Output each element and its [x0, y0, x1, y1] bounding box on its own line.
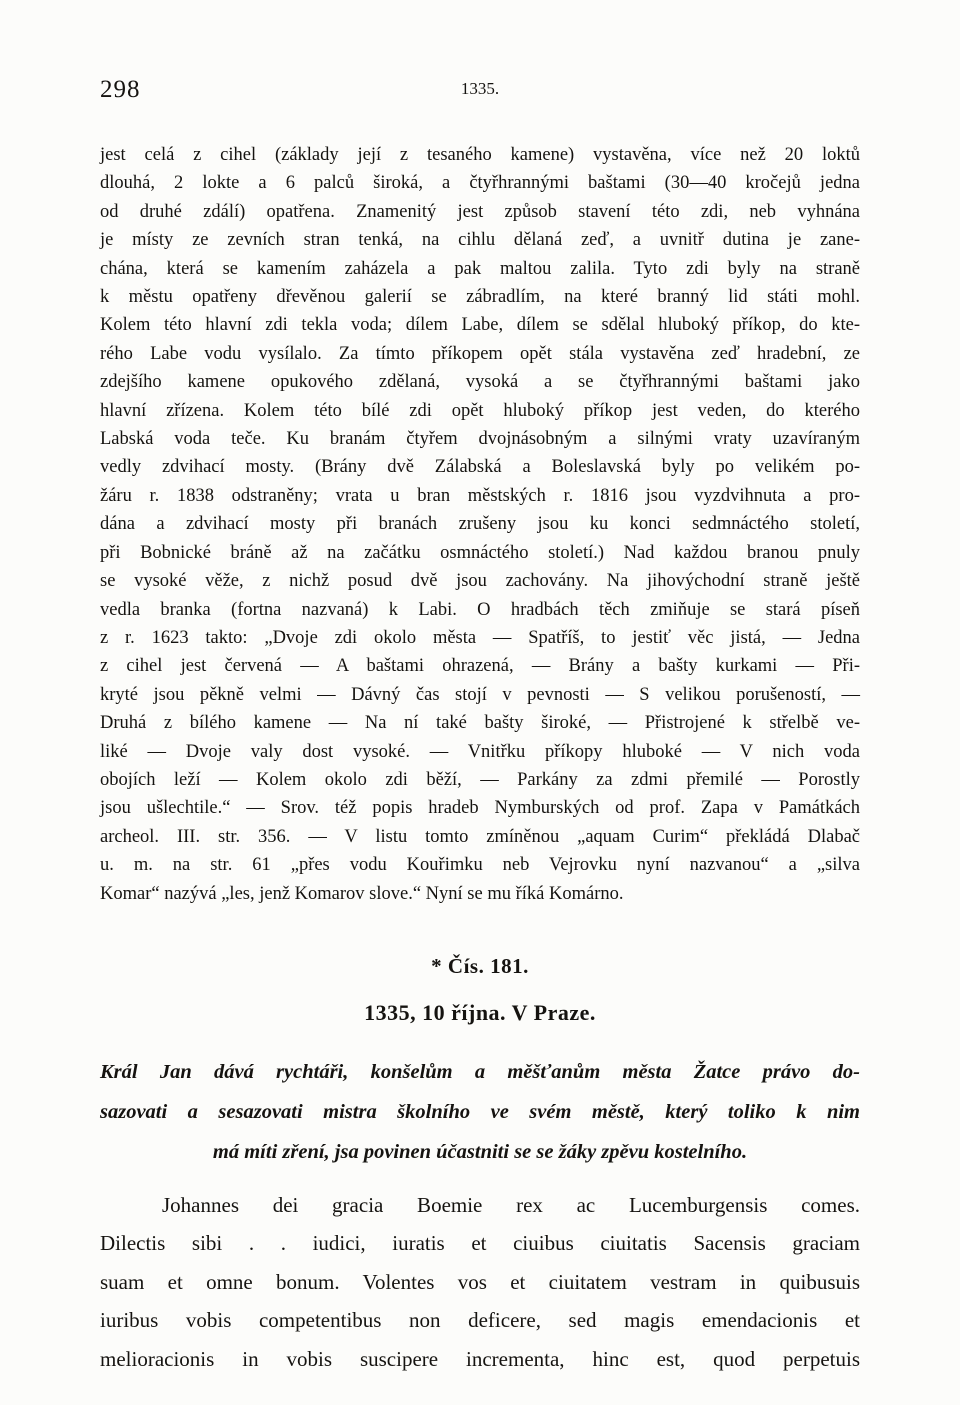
- text-line: kryté jsou pěkně velmi — Dávný čas stojí…: [100, 681, 860, 709]
- text-line: při Bobnické bráně až na začátku osmnáct…: [100, 539, 860, 567]
- text-line: jest celá z cihel (základy její z tesané…: [100, 141, 860, 169]
- charter-number-heading: * Čís. 181.: [100, 954, 860, 979]
- text-line: Komar“ nazývá „les, jenž Komarov slove.“…: [100, 880, 860, 908]
- text-line: vedly zdvihací mosty. (Brány dvě Zálabsk…: [100, 453, 860, 481]
- editorial-note-paragraph: jest celá z cihel (základy její z tesané…: [100, 141, 860, 908]
- summary-line: Král Jan dává rychtáři, konšelům a měšťa…: [100, 1052, 860, 1092]
- text-line: dána a zdvihací mosty při branách zrušen…: [100, 510, 860, 538]
- body-line: iuribus vobis competentibus non deficere…: [100, 1301, 860, 1340]
- text-line: hlavní zřízena. Kolem této bílé zdi opět…: [100, 397, 860, 425]
- page-header: 298 1335.: [100, 76, 860, 106]
- text-line: zdejšího kamene opukového zdělaná, vysok…: [100, 368, 860, 396]
- text-line: archeol. III. str. 356. — V listu tomto …: [100, 823, 860, 851]
- text-line: jsou ušlechtile.“ — Srov. též popis hrad…: [100, 794, 860, 822]
- text-line: žáru r. 1838 odstraněny; vrata u bran mě…: [100, 482, 860, 510]
- text-line: u. m. na str. 61 „přes vodu Kouřimku neb…: [100, 851, 860, 879]
- text-line: liké — Dvoje valy dost vysoké. — Vnitřku…: [100, 738, 860, 766]
- text-line: k městu opatřeny dřevěnou galerií se záb…: [100, 283, 860, 311]
- text-line: chána, která se kamením zaházela a pak m…: [100, 255, 860, 283]
- text-line: dlouhá, 2 lokte a 6 palců široká, a čtyř…: [100, 169, 860, 197]
- text-line: z cihel jest červená — A baštami ohrazen…: [100, 652, 860, 680]
- text-line: od druhé zdálí) opatřena. Znamenitý jest…: [100, 198, 860, 226]
- text-line: rého Labe vodu vysílalo. Za tímto příkop…: [100, 340, 860, 368]
- summary-line: sazovati a sesazovati mistra školního ve…: [100, 1092, 860, 1132]
- text-line: se vysoké věže, z nichž posud dvě jsou z…: [100, 567, 860, 595]
- body-line: suam et omne bonum. Volentes vos et ciui…: [100, 1263, 860, 1302]
- charter-date-heading: 1335, 10 října. V Praze.: [100, 1000, 860, 1026]
- charter-body-text: Johannes dei gracia Boemie rex ac Lucemb…: [100, 1186, 860, 1379]
- body-line: melioracionis in vobis suscipere increme…: [100, 1340, 860, 1379]
- summary-line: má míti zření, jsa povinen účastniti se …: [100, 1132, 860, 1172]
- text-line: z r. 1623 takto: „Dvoje zdi okolo města …: [100, 624, 860, 652]
- text-line: obojích leží — Kolem okolo zdi běží, — P…: [100, 766, 860, 794]
- text-line: je místy ze zevních stran tenká, na cihl…: [100, 226, 860, 254]
- text-line: vedla branka (fortna nazvaná) k Labi. O …: [100, 596, 860, 624]
- body-line: Johannes dei gracia Boemie rex ac Lucemb…: [100, 1186, 860, 1225]
- body-line: Dilectis sibi . . iudici, iuratis et ciu…: [100, 1224, 860, 1263]
- text-line: Druhá z bílého kamene — Na ní také bašty…: [100, 709, 860, 737]
- charter-summary: Král Jan dává rychtáři, konšelům a měšťa…: [100, 1052, 860, 1172]
- text-line: Labská voda teče. Ku branám čtyřem dvojn…: [100, 425, 860, 453]
- text-line: Kolem této hlavní zdi tekla voda; dílem …: [100, 311, 860, 339]
- running-head: 1335.: [100, 79, 860, 99]
- book-page: 298 1335. jest celá z cihel (základy jej…: [0, 0, 960, 1405]
